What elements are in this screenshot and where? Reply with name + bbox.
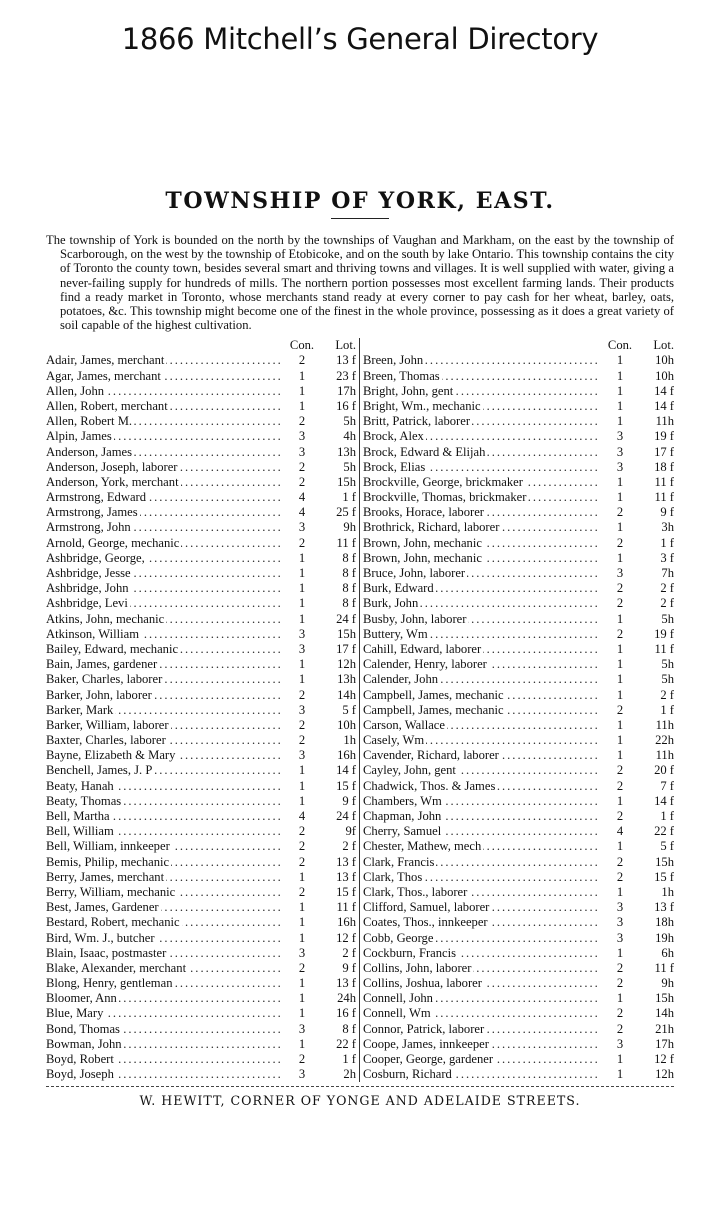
directory-entry: Bell, William, innkeeper22 f [46,839,356,854]
entry-lot: 14h [640,1006,674,1021]
entry-name: Clifford, Samuel, laborer [363,900,600,915]
entry-name: Bird, Wm. J., butcher [46,931,282,946]
entry-con: 3 [600,900,640,915]
entry-name: Benchell, James, J. P [46,763,282,778]
entry-lot: 17h [640,1037,674,1052]
entry-name: Bright, John, gent [363,384,600,399]
directory-entry: Anderson, Joseph, laborer25h [46,460,356,475]
entry-name: Cosburn, Richard [363,1067,600,1082]
entry-lot: 24 f [322,809,356,824]
entry-lot: 5 f [640,839,674,854]
directory-entry: Buttery, Wm219 f [363,627,674,642]
entry-con: 1 [600,794,640,809]
entry-con: 2 [600,779,640,794]
entry-lot: 3h [640,520,674,535]
entry-lot: 11h [640,414,674,429]
directory-entry: Chapman, John21 f [363,809,674,824]
entry-lot: 17 f [640,445,674,460]
lot-header: Lot. [640,338,674,353]
directory-entry: Bright, Wm., mechanic114 f [363,399,674,414]
entry-lot: 7h [640,566,674,581]
directory-entry: Anderson, James313h [46,445,356,460]
entry-lot: 22h [640,733,674,748]
entry-lot: 19 f [640,627,674,642]
entry-lot: 22 f [322,1037,356,1052]
entry-name: Cayley, John, gent [363,763,600,778]
directory-entry: Bright, John, gent114 f [363,384,674,399]
entry-name: Arnold, George, mechanic [46,536,282,551]
entry-lot: 8 f [322,1022,356,1037]
entry-lot: 12h [640,1067,674,1082]
entry-con: 1 [600,399,640,414]
entry-con: 3 [282,1067,322,1082]
directory-entry: Clark, Francis215h [363,855,674,870]
entry-lot: 21h [640,1022,674,1037]
directory-entry: Atkinson, William315h [46,627,356,642]
directory-entry: Burk, John22 f [363,596,674,611]
directory-entry: Cosburn, Richard112h [363,1067,674,1082]
entry-name: Bell, Martha [46,809,282,824]
entry-lot: 8 f [322,551,356,566]
entry-con: 1 [600,414,640,429]
entry-con: 1 [600,657,640,672]
entry-lot: 2 f [322,946,356,961]
entry-lot: 2h [322,1067,356,1082]
entry-lot: 11 f [640,642,674,657]
entry-name: Burk, John [363,596,600,611]
directory-entry: Connell, John115h [363,991,674,1006]
entry-name: Blake, Alexander, merchant [46,961,282,976]
entry-con: 1 [600,733,640,748]
entry-name: Britt, Patrick, laborer [363,414,600,429]
directory-entry: Cobb, George319h [363,931,674,946]
entry-con: 2 [282,718,322,733]
directory-entry: Collins, Joshua, laborer29h [363,976,674,991]
entry-lot: 1 f [640,536,674,551]
directory-entry: Chester, Mathew, mech15 f [363,839,674,854]
entry-name: Brockville, George, brickmaker [363,475,600,490]
directory-entry: Barker, Mark35 f [46,703,356,718]
entry-con: 1 [600,885,640,900]
entry-con: 2 [282,460,322,475]
entry-name: Brock, Elias [363,460,600,475]
directory-entry: Bird, Wm. J., butcher112 f [46,931,356,946]
entry-name: Cooper, George, gardener [363,1052,600,1067]
entry-con: 2 [600,581,640,596]
entry-lot: 3 f [640,551,674,566]
entry-name: Clark, Thos., laborer [363,885,600,900]
directory-entry: Ashbridge, Levi18 f [46,596,356,611]
entry-lot: 15h [640,855,674,870]
con-header: Con. [600,338,640,353]
entry-name: Berry, William, mechanic [46,885,282,900]
entry-name: Bain, James, gardener [46,657,282,672]
entry-lot: 16 f [322,1006,356,1021]
entry-lot: 16h [322,748,356,763]
entry-name: Cockburn, Francis [363,946,600,961]
entry-lot: 22 f [640,824,674,839]
entry-lot: 13 f [640,900,674,915]
entry-name: Adair, James, merchant [46,353,282,368]
entry-lot: 15 f [640,870,674,885]
entry-name: Brock, Edward & Elijah [363,445,600,460]
directory-entry: Bain, James, gardener112h [46,657,356,672]
directory-entry: Clark, Thos., laborer11h [363,885,674,900]
entry-lot: 9 f [322,961,356,976]
entry-con: 1 [600,1067,640,1082]
entry-name: Burk, Edward [363,581,600,596]
entry-lot: 2 f [640,581,674,596]
directory-entry: Bemis, Philip, mechanic213 f [46,855,356,870]
entry-con: 2 [282,353,322,368]
directory-entry: Ashbridge, John18 f [46,581,356,596]
entry-con: 2 [600,505,640,520]
entry-lot: 14 f [640,399,674,414]
entry-name: Collins, John, laborer [363,961,600,976]
entry-lot: 11h [640,718,674,733]
entry-lot: 1h [640,885,674,900]
entry-lot: 1 f [640,809,674,824]
entry-con: 3 [600,931,640,946]
entry-con: 1 [282,581,322,596]
entry-lot: 10h [640,369,674,384]
entry-con: 2 [600,627,640,642]
page-heading: TOWNSHIP OF YORK, EAST. [46,188,674,214]
entry-name: Connor, Patrick, laborer [363,1022,600,1037]
entry-lot: 13h [322,445,356,460]
entry-name: Agar, James, merchant [46,369,282,384]
entry-name: Carson, Wallace [363,718,600,733]
entry-name: Brooks, Horace, laborer [363,505,600,520]
directory-entry: Chambers, Wm114 f [363,794,674,809]
entry-name: Chester, Mathew, mech [363,839,600,854]
entry-con: 1 [600,718,640,733]
entry-lot: 18 f [640,460,674,475]
entry-con: 4 [600,824,640,839]
entry-lot: 16 f [322,399,356,414]
right-entry-list: Breen, John110hBreen, Thomas110hBright, … [363,353,674,1082]
entry-lot: 12h [322,657,356,672]
directory-entry: Chadwick, Thos. & James27 f [363,779,674,794]
directory-entry: Blain, Isaac, postmaster32 f [46,946,356,961]
directory-entry: Brown, John, mechanic13 f [363,551,674,566]
directory-entry: Beaty, Hanah115 f [46,779,356,794]
entry-lot: 5h [640,672,674,687]
entry-con: 3 [600,445,640,460]
entry-name: Armstrong, John [46,520,282,535]
entry-lot: 1h [322,733,356,748]
entry-name: Allen, Robert, merchant [46,399,282,414]
entry-lot: 9h [322,520,356,535]
intro-paragraph: The township of York is bounded on the n… [46,233,674,332]
directory-entry: Baker, Charles, laborer113h [46,672,356,687]
directory-entry: Baxter, Charles, laborer21h [46,733,356,748]
entry-con: 3 [282,627,322,642]
entry-name: Chadwick, Thos. & James [363,779,600,794]
directory-entry: Anderson, York, merchant215h [46,475,356,490]
entry-lot: 14h [322,688,356,703]
entry-lot: 9f [322,824,356,839]
entry-name: Busby, John, laborer [363,612,600,627]
entry-lot: 10h [322,718,356,733]
entry-name: Ashbridge, Levi [46,596,282,611]
entry-lot: 2 f [322,839,356,854]
entry-con: 1 [282,931,322,946]
entry-name: Connell, John [363,991,600,1006]
entry-con: 1 [600,688,640,703]
entry-name: Ashbridge, John [46,581,282,596]
entry-lot: 15h [322,475,356,490]
entry-name: Connell, Wm [363,1006,600,1021]
entry-lot: 13 f [322,870,356,885]
directory-entry: Bestard, Robert, mechanic116h [46,915,356,930]
entry-lot: 8 f [322,581,356,596]
entry-con: 1 [600,384,640,399]
entry-name: Campbell, James, mechanic [363,703,600,718]
entry-con: 3 [282,1022,322,1037]
entry-con: 2 [282,733,322,748]
entry-name: Bloomer, Ann [46,991,282,1006]
entry-name: Calender, John [363,672,600,687]
directory-entry: Armstrong, Edward41 f [46,490,356,505]
entry-con: 2 [282,855,322,870]
entry-lot: 1 f [322,1052,356,1067]
directory-entry: Barker, William, laborer210h [46,718,356,733]
directory-entry: Brockville, Thomas, brickmaker111 f [363,490,674,505]
heading-divider [331,218,389,219]
directory-entry: Coope, James, innkeeper317h [363,1037,674,1052]
entry-con: 2 [600,870,640,885]
entry-con: 1 [600,551,640,566]
directory-entry: Boyd, Joseph32h [46,1067,356,1082]
directory-entry: Brown, John, mechanic21 f [363,536,674,551]
directory-entry: Atkins, John, mechanic124 f [46,612,356,627]
entry-con: 4 [282,809,322,824]
directory-entry: Berry, James, merchant113 f [46,870,356,885]
right-column-header: Con. Lot. [363,338,674,353]
entry-con: 1 [600,672,640,687]
entry-con: 2 [600,976,640,991]
entry-lot: 12 f [322,931,356,946]
entry-con: 2 [600,1022,640,1037]
directory-entry: Blong, Henry, gentleman113 f [46,976,356,991]
entry-name: Brothrick, Richard, laborer [363,520,600,535]
directory-entry: Connor, Patrick, laborer221h [363,1022,674,1037]
directory-entry: Blake, Alexander, merchant29 f [46,961,356,976]
entry-con: 2 [600,596,640,611]
entry-con: 1 [282,612,322,627]
directory-entry: Connell, Wm214h [363,1006,674,1021]
entry-con: 2 [282,961,322,976]
entry-lot: 12 f [640,1052,674,1067]
entry-name: Baker, Charles, laborer [46,672,282,687]
entry-con: 3 [600,915,640,930]
entry-lot: 6h [640,946,674,961]
directory-entry: Ashbridge, Jesse18 f [46,566,356,581]
entry-name: Coates, Thos., innkeeper [363,915,600,930]
entry-name: Anderson, York, merchant [46,475,282,490]
directory-entry: Armstrong, James425 f [46,505,356,520]
entry-name: Cavender, Richard, laborer [363,748,600,763]
entry-name: Barker, John, laborer [46,688,282,703]
entry-name: Ashbridge, George, [46,551,282,566]
entry-lot: 11 f [322,536,356,551]
entry-lot: 25 f [322,505,356,520]
directory-entry: Brooks, Horace, laborer29 f [363,505,674,520]
directory-entry: Brock, Edward & Elijah317 f [363,445,674,460]
entry-name: Chapman, John [363,809,600,824]
entry-con: 1 [600,369,640,384]
entry-con: 1 [282,915,322,930]
entry-lot: 15 f [322,885,356,900]
entry-name: Berry, James, merchant [46,870,282,885]
entry-con: 2 [600,1006,640,1021]
directory-columns: Con. Lot. Adair, James, merchant213 fAga… [46,338,674,1082]
entry-lot: 4h [322,429,356,444]
entry-con: 2 [282,824,322,839]
directory-entry: Breen, John110h [363,353,674,368]
entry-lot: 14 f [322,763,356,778]
entry-lot: 10h [640,353,674,368]
entry-name: Cahill, Edward, laborer [363,642,600,657]
directory-entry: Calender, John15h [363,672,674,687]
entry-name: Coope, James, innkeeper [363,1037,600,1052]
entry-con: 1 [282,1037,322,1052]
entry-name: Cherry, Samuel [363,824,600,839]
entry-name: Atkins, John, mechanic [46,612,282,627]
entry-lot: 11 f [640,475,674,490]
entry-name: Breen, John [363,353,600,368]
directory-entry: Collins, John, laborer211 f [363,961,674,976]
entry-con: 2 [282,839,322,854]
entry-lot: 2 f [640,688,674,703]
entry-name: Barker, William, laborer [46,718,282,733]
entry-con: 2 [600,763,640,778]
entry-con: 1 [282,384,322,399]
entry-name: Clark, Thos [363,870,600,885]
entry-lot: 24h [322,991,356,1006]
directory-entry: Allen, Robert M.25h [46,414,356,429]
entry-name: Baxter, Charles, laborer [46,733,282,748]
entry-lot: 11 f [322,900,356,915]
entry-con: 1 [600,1052,640,1067]
directory-entry: Agar, James, merchant123 f [46,369,356,384]
directory-entry: Campbell, James, mechanic21 f [363,703,674,718]
left-column-header: Con. Lot. [46,338,356,353]
directory-entry: Coates, Thos., innkeeper318h [363,915,674,930]
entry-lot: 8 f [322,566,356,581]
entry-name: Bell, William [46,824,282,839]
entry-con: 4 [282,505,322,520]
entry-name: Bayne, Elizabeth & Mary [46,748,282,763]
entry-name: Boyd, Robert [46,1052,282,1067]
directory-entry: Breen, Thomas110h [363,369,674,384]
directory-entry: Bailey, Edward, mechanic317 f [46,642,356,657]
entry-lot: 15h [640,991,674,1006]
directory-entry: Clifford, Samuel, laborer313 f [363,900,674,915]
directory-entry: Benchell, James, J. P114 f [46,763,356,778]
entry-name: Boyd, Joseph [46,1067,282,1082]
entry-con: 2 [282,414,322,429]
directory-entry: Clark, Thos215 f [363,870,674,885]
entry-con: 1 [282,763,322,778]
entry-con: 1 [600,520,640,535]
window-title: 1866 Mitchell’s General Directory [0,22,720,56]
entry-name: Cobb, George [363,931,600,946]
entry-con: 1 [282,399,322,414]
entry-lot: 15 f [322,779,356,794]
directory-entry: Berry, William, mechanic215 f [46,885,356,900]
entry-lot: 5h [322,460,356,475]
entry-lot: 8 f [322,596,356,611]
entry-con: 1 [282,551,322,566]
entry-name: Ashbridge, Jesse [46,566,282,581]
entry-con: 3 [600,460,640,475]
entry-name: Brown, John, mechanic [363,536,600,551]
entry-con: 1 [600,991,640,1006]
entry-lot: 2 f [640,596,674,611]
directory-entry: Best, James, Gardener111 f [46,900,356,915]
entry-lot: 5h [640,657,674,672]
entry-lot: 9 f [640,505,674,520]
directory-entry: Cayley, John, gent220 f [363,763,674,778]
entry-name: Anderson, Joseph, laborer [46,460,282,475]
entry-name: Atkinson, William [46,627,282,642]
entry-con: 1 [282,657,322,672]
entry-name: Blong, Henry, gentleman [46,976,282,991]
entry-con: 2 [600,855,640,870]
entry-con: 2 [600,536,640,551]
entry-name: Bowman, John [46,1037,282,1052]
entry-name: Barker, Mark [46,703,282,718]
entry-lot: 14 f [640,384,674,399]
entry-con: 1 [282,900,322,915]
entry-lot: 20 f [640,763,674,778]
entry-lot: 9 f [322,794,356,809]
directory-entry: Bloomer, Ann124h [46,991,356,1006]
bottom-divider [46,1086,674,1087]
directory-entry: Busby, John, laborer15h [363,612,674,627]
entry-con: 4 [282,490,322,505]
directory-page: TOWNSHIP OF YORK, EAST. The township of … [46,188,674,1108]
entry-lot: 5h [322,414,356,429]
entry-lot: 19 f [640,429,674,444]
entry-con: 1 [282,870,322,885]
entry-name: Bruce, John, laborer [363,566,600,581]
entry-name: Bestard, Robert, mechanic [46,915,282,930]
entry-name: Brockville, Thomas, brickmaker [363,490,600,505]
entry-con: 1 [282,596,322,611]
con-header: Con. [282,338,322,353]
entry-lot: 5h [640,612,674,627]
directory-entry: Calender, Henry, laborer15h [363,657,674,672]
entry-name: Campbell, James, mechanic [363,688,600,703]
entry-con: 1 [600,490,640,505]
directory-entry: Cockburn, Francis16h [363,946,674,961]
left-column: Con. Lot. Adair, James, merchant213 fAga… [46,338,360,1082]
entry-name: Armstrong, James [46,505,282,520]
entry-lot: 13 f [322,855,356,870]
directory-entry: Brock, Elias318 f [363,460,674,475]
directory-entry: Britt, Patrick, laborer111h [363,414,674,429]
entry-lot: 1 f [640,703,674,718]
entry-lot: 1 f [322,490,356,505]
directory-entry: Campbell, James, mechanic12 f [363,688,674,703]
entry-con: 1 [282,672,322,687]
entry-name: Allen, Robert M. [46,414,282,429]
directory-entry: Bell, Martha424 f [46,809,356,824]
entry-name: Breen, Thomas [363,369,600,384]
